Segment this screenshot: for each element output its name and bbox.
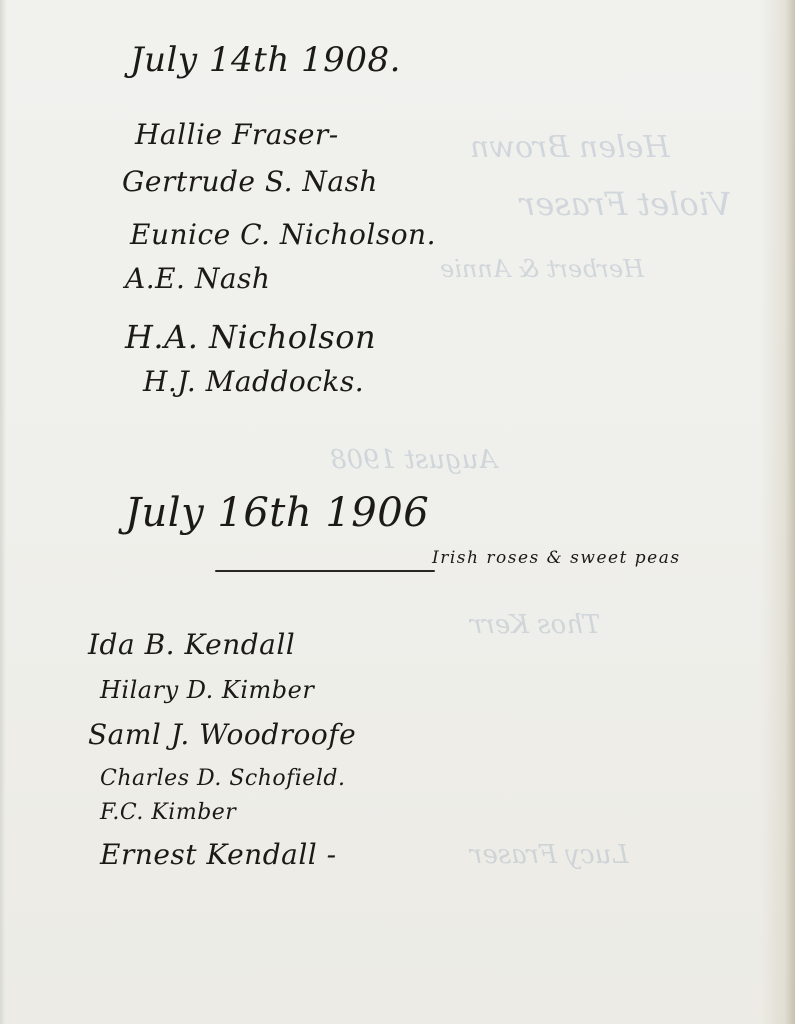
signature: A.E. Nash: [125, 262, 270, 295]
bleed-through-text: Thos Kerr: [470, 610, 600, 640]
signature: Hilary D. Kimber: [100, 676, 314, 704]
page-gutter-shadow: [0, 0, 6, 1024]
bleed-through-text: August 1908: [330, 445, 497, 475]
signature: Hallie Fraser-: [135, 118, 339, 151]
bleed-through-text: Helen Brown: [470, 130, 670, 165]
bleed-through-text: Lucy Fraser: [470, 840, 629, 870]
signature: H.J. Maddocks.: [143, 365, 364, 398]
guestbook-page: Helen Brown Violet Fraser Herbert & Anni…: [0, 0, 795, 1024]
bleed-through-text: Herbert & Annie: [440, 255, 644, 283]
signature: Ernest Kendall -: [100, 838, 337, 871]
signature: Charles D. Schofield.: [100, 766, 345, 791]
signature: F.C. Kimber: [100, 800, 236, 825]
signature: Eunice C. Nicholson.: [130, 218, 436, 251]
entry-date: July 16th 1906: [125, 490, 429, 536]
entry-note: Irish roses & sweet peas: [432, 548, 681, 568]
signature: Ida B. Kendall: [88, 628, 295, 661]
signature: H.A. Nicholson: [125, 318, 376, 356]
entry-date: July 14th 1908.: [130, 40, 401, 80]
signature: Gertrude S. Nash: [122, 165, 378, 198]
date-underline: [215, 570, 435, 572]
bleed-through-text: Violet Fraser: [520, 185, 731, 223]
signature: Saml J. Woodroofe: [88, 718, 356, 751]
